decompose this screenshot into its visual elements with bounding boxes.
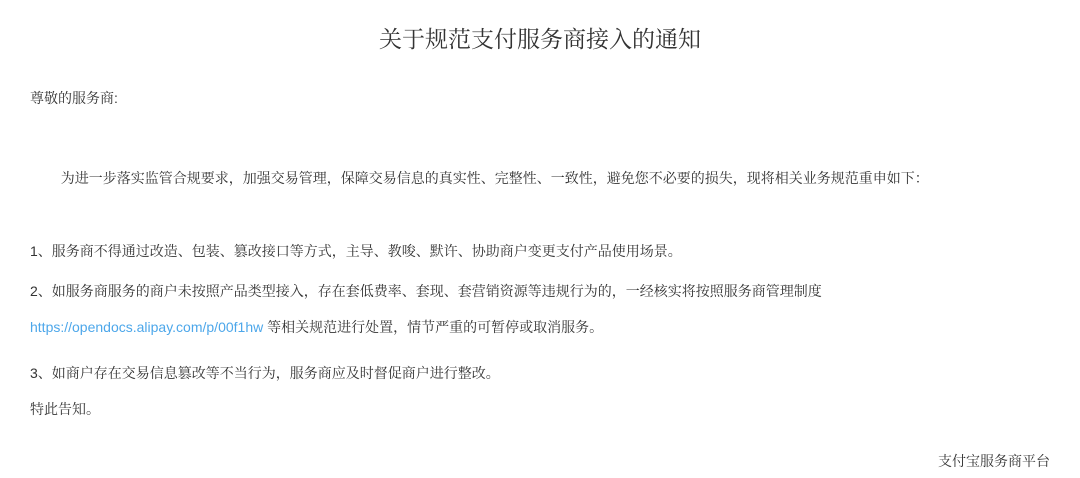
signature-line: 支付宝服务商平台 [30, 443, 1050, 478]
rule-item-2-text-after: 等相关规范进行处置，情节严重的可暂停或取消服务。 [263, 319, 603, 335]
notice-document: 关于规范支付服务商接入的通知 尊敬的服务商: 为进一步落实监管合规要求，加强交易… [0, 0, 1080, 478]
rule-item-3: 3、如商户存在交易信息篡改等不当行为，服务商应及时督促商户进行整改。 [30, 355, 1050, 391]
greeting-line: 尊敬的服务商: [30, 80, 1050, 116]
rule-item-1: 1、服务商不得通过改造、包装、篡改接口等方式，主导、教唆、默许、协助商户变更支付… [30, 233, 1050, 269]
page-title: 关于规范支付服务商接入的通知 [30, 24, 1050, 54]
alipay-opendocs-link[interactable]: https://opendocs.alipay.com/p/00f1hw [30, 319, 263, 335]
notice-content: 关于规范支付服务商接入的通知 尊敬的服务商: 为进一步落实监管合规要求，加强交易… [0, 24, 1080, 478]
closing-line: 特此告知。 [30, 391, 1050, 427]
rule-item-2-text-before: 2、如服务商服务的商户未按照产品类型接入，存在套低费率、套现、套营销资源等违规行… [30, 283, 822, 299]
rule-item-2: 2、如服务商服务的商户未按照产品类型接入，存在套低费率、套现、套营销资源等违规行… [30, 273, 1050, 345]
intro-paragraph: 为进一步落实监管合规要求，加强交易管理，保障交易信息的真实性、完整性、一致性，避… [30, 160, 1050, 196]
